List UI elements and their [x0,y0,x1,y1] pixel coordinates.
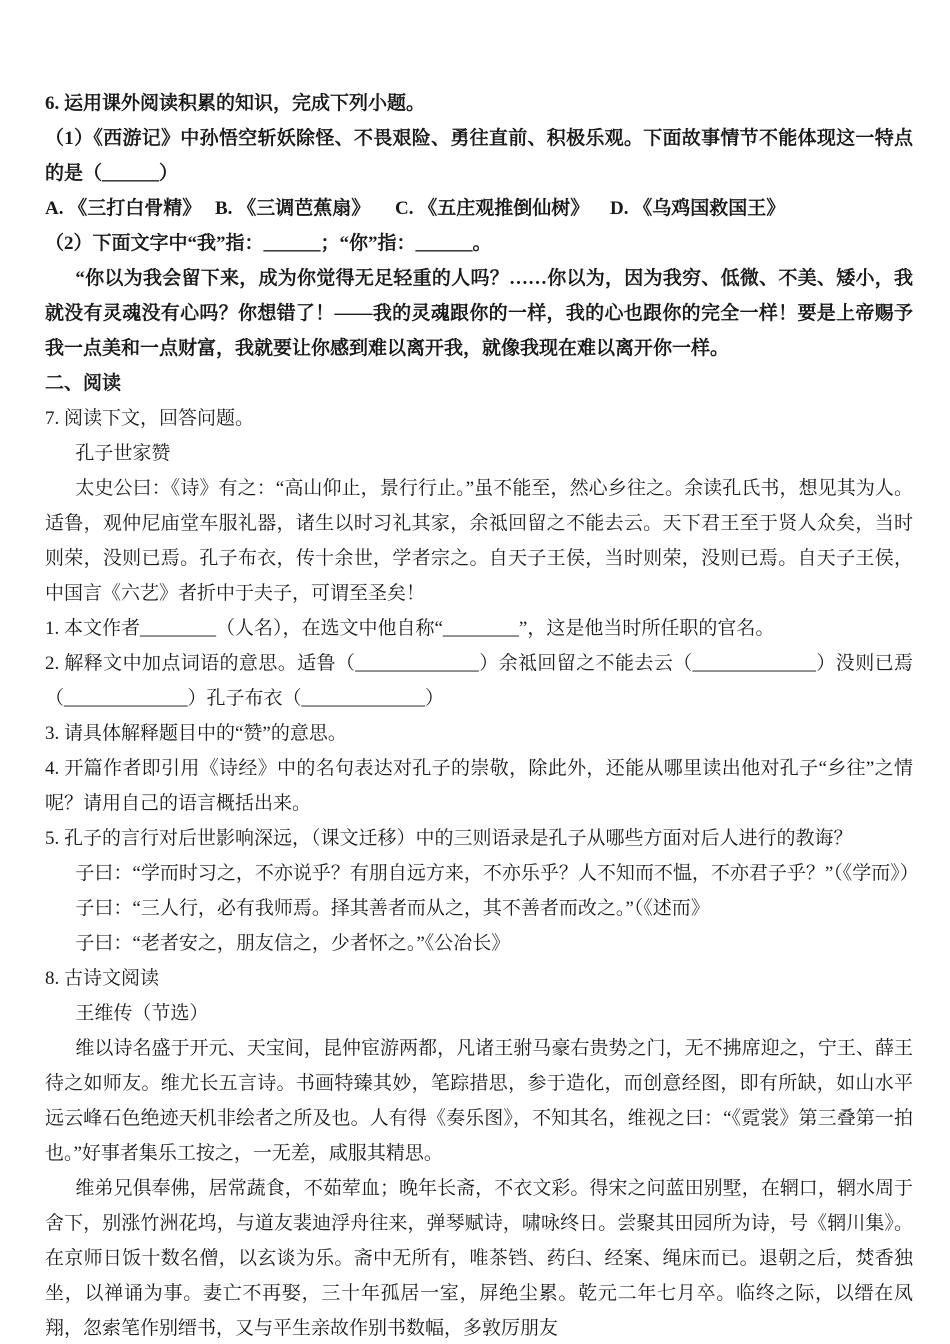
section-heading-reading: 二、阅读 [45,366,913,401]
option-a-label: A. [45,198,63,219]
passage-title-wangwei: 王维传（节选） [45,996,913,1031]
analect-gongyechang: 子曰：“老者安之，朋友信之，少者怀之。”《公冶长》 [45,926,913,961]
option-a: A. 《三打白骨精》 [45,191,215,226]
question-6-quote-paragraph: “你以为我会留下来，成为你觉得无足轻重的人吗？……你以为，因为我穷、低微、不美、… [45,261,913,366]
subquestion-1: 1. 本文作者________（人名），在选文中他自称“________”，这是… [45,611,913,646]
analect-xueer: 子曰：“学而时习之，不亦说乎？有朋自远方来，不亦乐乎？人不知而不愠，不亦君子乎？… [45,856,913,891]
analect-shuer: 子曰：“三人行，必有我师焉。择其善者而从之，其不善者而改之。”（《述而》 [45,891,913,926]
option-b: B. 《三调芭蕉扇》 [215,191,395,226]
subquestion-4: 4. 开篇作者即引用《诗经》中的名句表达对孔子的崇敬，除此外，还能从哪里读出他对… [45,751,913,821]
question-6-part1: （1）《西游记》中孙悟空斩妖除怪、不畏艰险、勇往直前、积极乐观。下面故事情节不能… [45,121,913,191]
passage-wangwei-paragraph-2: 维弟兄俱奉佛，居常蔬食，不茹荤血；晚年长斋，不衣文彩。得宋之问蓝田别墅，在辋口，… [45,1171,913,1344]
question-6-heading: 6. 运用课外阅读积累的知识，完成下列小题。 [45,86,913,121]
subquestion-5: 5. 孔子的言行对后世影响深远，（课文迁移）中的三则语录是孔子从哪些方面对后人进… [45,821,913,856]
option-a-title: 《三打白骨精》 [68,198,201,219]
question-6-options-row: A. 《三打白骨精》 B. 《三调芭蕉扇》 C. 《五庄观推倒仙树》 D. 《乌… [45,191,913,226]
option-d-label: D. [610,198,628,219]
option-b-title: 《三调芭蕉扇》 [237,198,370,219]
option-c: C. 《五庄观推倒仙树》 [395,191,610,226]
passage-wangwei-paragraph-1: 维以诗名盛于开元、天宝间，昆仲宦游两都，凡诸王驸马豪右贵势之门，无不拂席迎之，宁… [45,1031,913,1171]
option-b-label: B. [215,198,232,219]
question-7-heading: 7. 阅读下文，回答问题。 [45,401,913,436]
option-c-title: 《五庄观推倒仙树》 [418,198,589,219]
subquestion-2: 2. 解释文中加点词语的意思。适鲁（_____________）余祗回留之不能去… [45,646,913,716]
option-d-title: 《乌鸡国救国王》 [633,198,785,219]
subquestion-3: 3. 请具体解释题目中的“赞”的意思。 [45,716,913,751]
passage-kongzi: 太史公曰：《诗》有之：“高山仰止，景行行止。”虽不能至，然心乡往之。余读孔氏书，… [45,471,913,611]
question-8-heading: 8. 古诗文阅读 [45,961,913,996]
option-d: D. 《乌鸡国救国王》 [610,191,785,226]
question-6-part2: （2）下面文字中“我”指：______；“你”指：______。 [45,226,913,261]
exam-document-page: 6. 运用课外阅读积累的知识，完成下列小题。 （1）《西游记》中孙悟空斩妖除怪、… [45,86,913,1344]
option-c-label: C. [395,198,413,219]
passage-title-kongzi: 孔子世家赞 [45,436,913,471]
